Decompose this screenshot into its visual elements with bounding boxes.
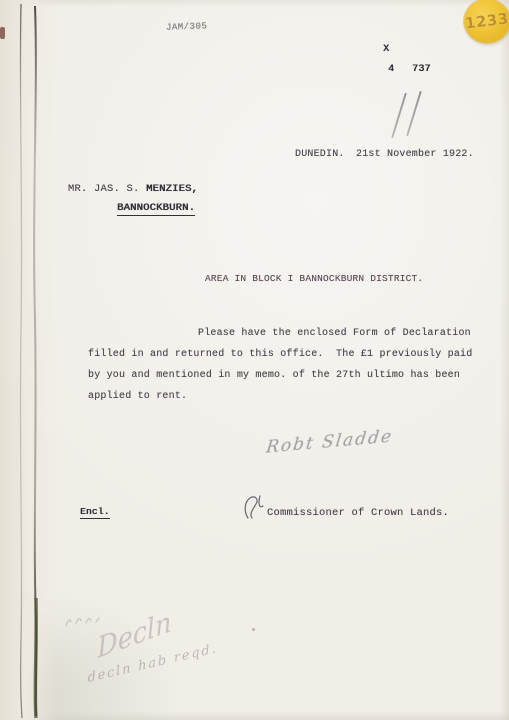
addressee-line: MR. JAS. S. MENZIES, — [68, 183, 198, 195]
pencil-slash-mark — [406, 91, 422, 137]
addressee-town: BANNOCKBURN. — [117, 202, 195, 216]
addressee-surname: MENZIES, — [146, 183, 198, 195]
signoff-title: Commissioner of Crown Lands. — [267, 507, 449, 519]
body-line: applied to rent. — [88, 391, 187, 402]
ref-number-right: 737 — [412, 64, 431, 75]
ref-mark-x: X — [383, 44, 389, 55]
scanned-letter-page: JAM/305 1233 X 4 737 DUNEDIN. 21st Novem… — [0, 0, 509, 720]
page-number-sticker: 1233 — [464, 0, 509, 43]
pencil-dot — [252, 628, 255, 631]
file-stamp: JAM/305 — [166, 21, 208, 32]
body-line: filled in and returned to this office. T… — [88, 349, 472, 360]
signature: Robt Sladde — [265, 426, 394, 457]
body-line: Please have the enclosed Form of Declara… — [198, 328, 471, 339]
signature-paraph — [240, 494, 270, 524]
ref-number-left: 4 — [388, 64, 394, 75]
edge-mark — [0, 27, 5, 39]
enclosure-note: Encl. — [80, 506, 110, 519]
pencil-slash-mark — [391, 93, 407, 139]
body-line: by you and mentioned in my memo. of the … — [88, 370, 460, 381]
addressee-name-prefix: MR. JAS. S. — [68, 183, 146, 195]
sticker-number: 1233 — [464, 9, 509, 32]
torn-edge-lines — [0, 0, 60, 720]
date-line: 21st November 1922. — [356, 149, 474, 160]
place-line: DUNEDIN. — [295, 149, 345, 160]
subject-heading: AREA IN BLOCK I BANNOCKBURN DISTRICT. — [205, 273, 423, 284]
